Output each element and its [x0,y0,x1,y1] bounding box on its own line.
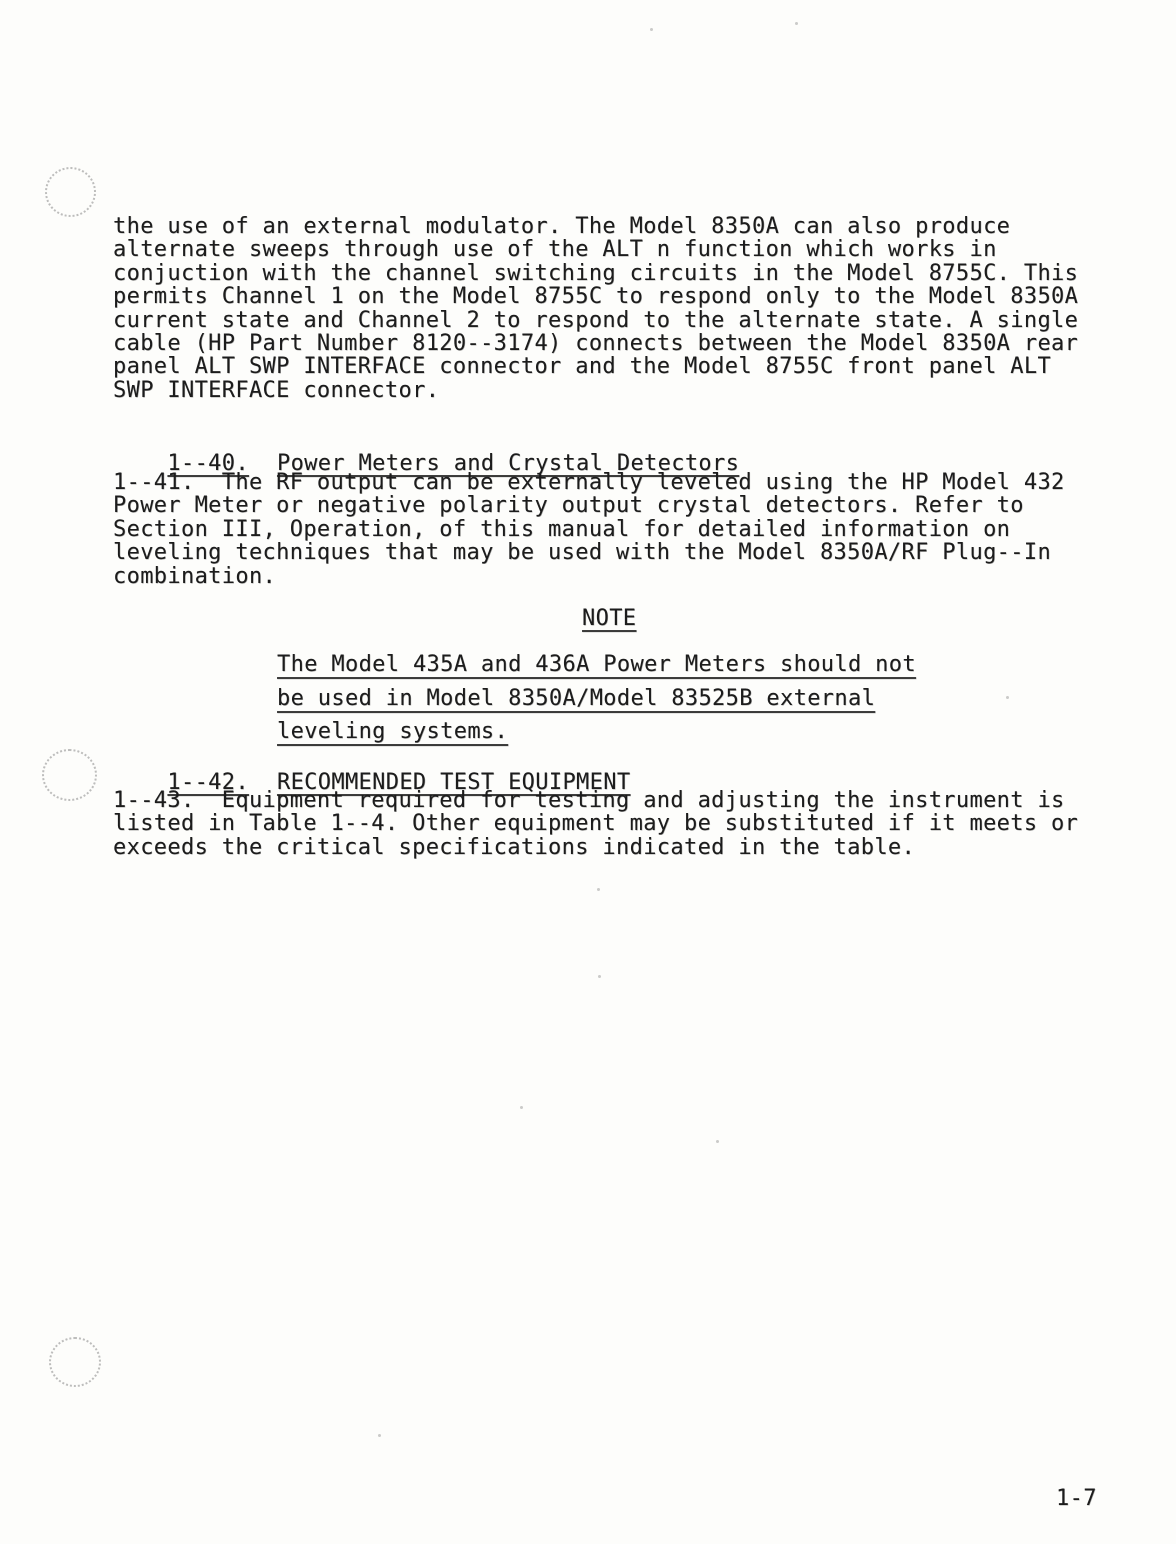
scan-speck [650,28,653,31]
hole-punch-bottom [49,1337,101,1387]
scan-speck [597,888,600,891]
paragraph-intro: the use of an external modulator. The Mo… [113,215,1078,402]
note-body: The Model 435A and 436A Power Meters sho… [277,648,916,749]
paragraph-1-43: 1--43. Equipment required for testing an… [113,789,1078,859]
scan-speck [795,22,798,25]
scan-speck [716,1140,719,1143]
note-label: NOTE [582,607,636,630]
scan-speck [378,1434,381,1437]
scan-speck [1006,696,1009,699]
hole-punch-top [45,167,96,217]
scan-speck [520,1106,523,1109]
hole-punch-middle [42,749,97,801]
scan-speck [598,975,601,978]
paragraph-1-41: 1--41. The RF output can be externally l… [113,471,1065,588]
scanned-manual-page: the use of an external modulator. The Mo… [0,0,1176,1544]
page-number: 1-7 [1056,1487,1097,1510]
